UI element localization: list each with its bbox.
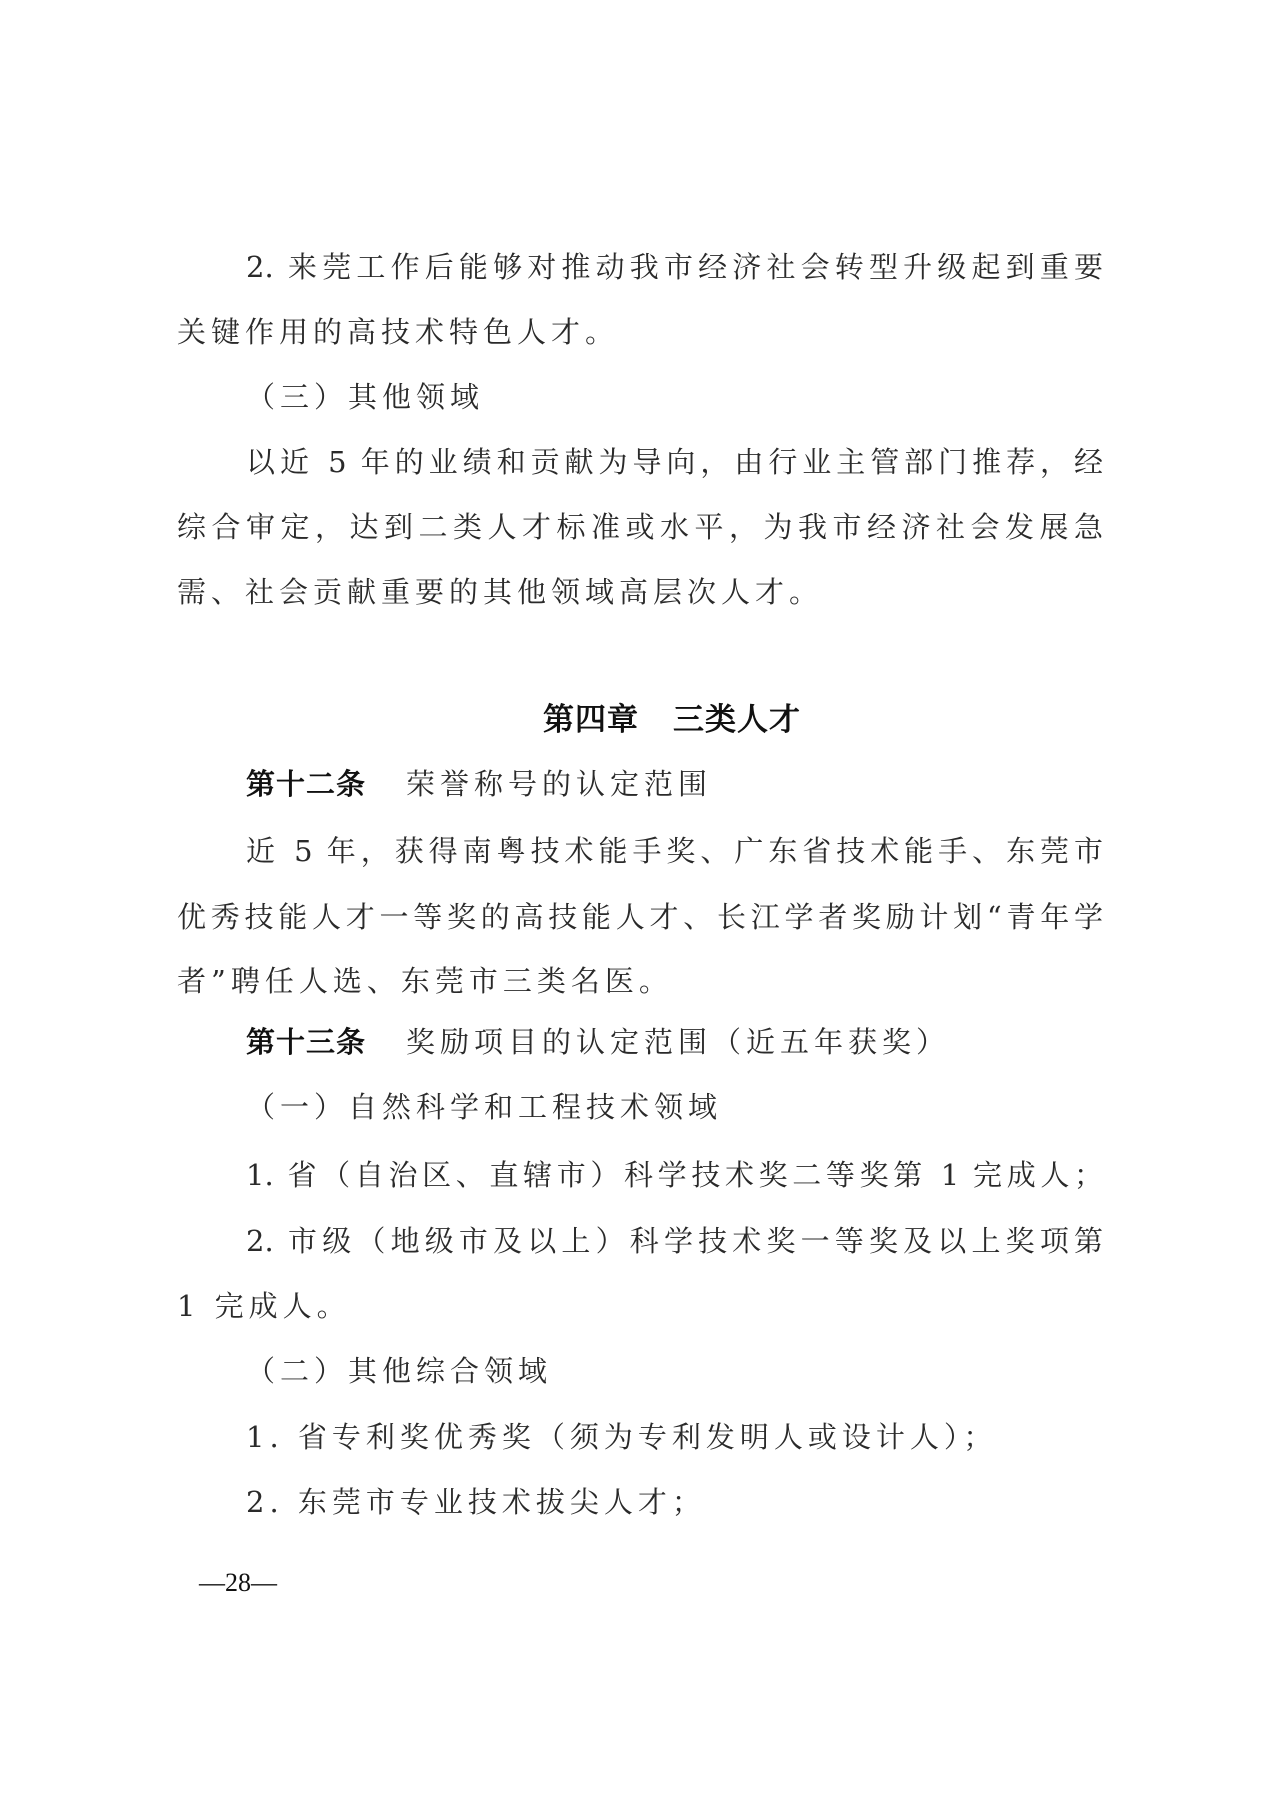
list-item: 1. 省（自治区、直辖市）科学技术奖二等奖第 1 完成人； bbox=[246, 1157, 1103, 1193]
paragraph-line: 综合审定，达到二类人才标准或水平，为我市经济社会发展急 bbox=[177, 509, 1103, 545]
paragraph-line: 2. 来莞工作后能够对推动我市经济社会转型升级起到重要 bbox=[246, 249, 1103, 285]
list-item-continuation: 1 完成人。 bbox=[177, 1288, 351, 1324]
paragraph-line: 者”聘任人选、东莞市三类名医。 bbox=[177, 963, 673, 999]
chapter-number: 第四章 bbox=[543, 702, 639, 738]
list-item: 1. 省专利奖优秀奖（须为专利发明人或设计人）； bbox=[246, 1419, 997, 1455]
document-page: 2. 来莞工作后能够对推动我市经济社会转型升级起到重要 关键作用的高技术特色人才… bbox=[0, 0, 1280, 1810]
article-13-heading: 第十三条奖励项目的认定范围（近五年获奖） bbox=[246, 1024, 950, 1060]
article-title: 奖励项目的认定范围（近五年获奖） bbox=[406, 1025, 950, 1059]
subsection-heading: （一）自然科学和工程技术领域 bbox=[246, 1089, 722, 1125]
list-item: 2. 东莞市专业技术拔尖人才； bbox=[246, 1484, 706, 1520]
paragraph-line: 以近 5 年的业绩和贡献为导向，由行业主管部门推荐，经 bbox=[246, 444, 1103, 480]
subsection-heading: （三）其他领域 bbox=[246, 379, 484, 415]
article-label: 第十二条 bbox=[246, 767, 366, 801]
chapter-heading: 第四章三类人才 bbox=[543, 700, 801, 740]
page-number: —28— bbox=[199, 1568, 277, 1598]
paragraph-line: 关键作用的高技术特色人才。 bbox=[177, 314, 619, 350]
article-label: 第十三条 bbox=[246, 1025, 366, 1059]
paragraph-line: 需、社会贡献重要的其他领域高层次人才。 bbox=[177, 574, 823, 610]
paragraph-line: 近 5 年，获得南粤技术能手奖、广东省技术能手、东莞市 bbox=[246, 833, 1103, 869]
chapter-title: 三类人才 bbox=[673, 702, 801, 738]
article-title: 荣誉称号的认定范围 bbox=[406, 767, 712, 801]
subsection-heading: （二）其他综合领域 bbox=[246, 1353, 552, 1389]
paragraph-line: 优秀技能人才一等奖的高技能人才、长江学者奖励计划“青年学 bbox=[177, 899, 1103, 935]
article-12-heading: 第十二条荣誉称号的认定范围 bbox=[246, 766, 712, 802]
list-item: 2. 市级（地级市及以上）科学技术奖一等奖及以上奖项第 bbox=[246, 1223, 1103, 1259]
